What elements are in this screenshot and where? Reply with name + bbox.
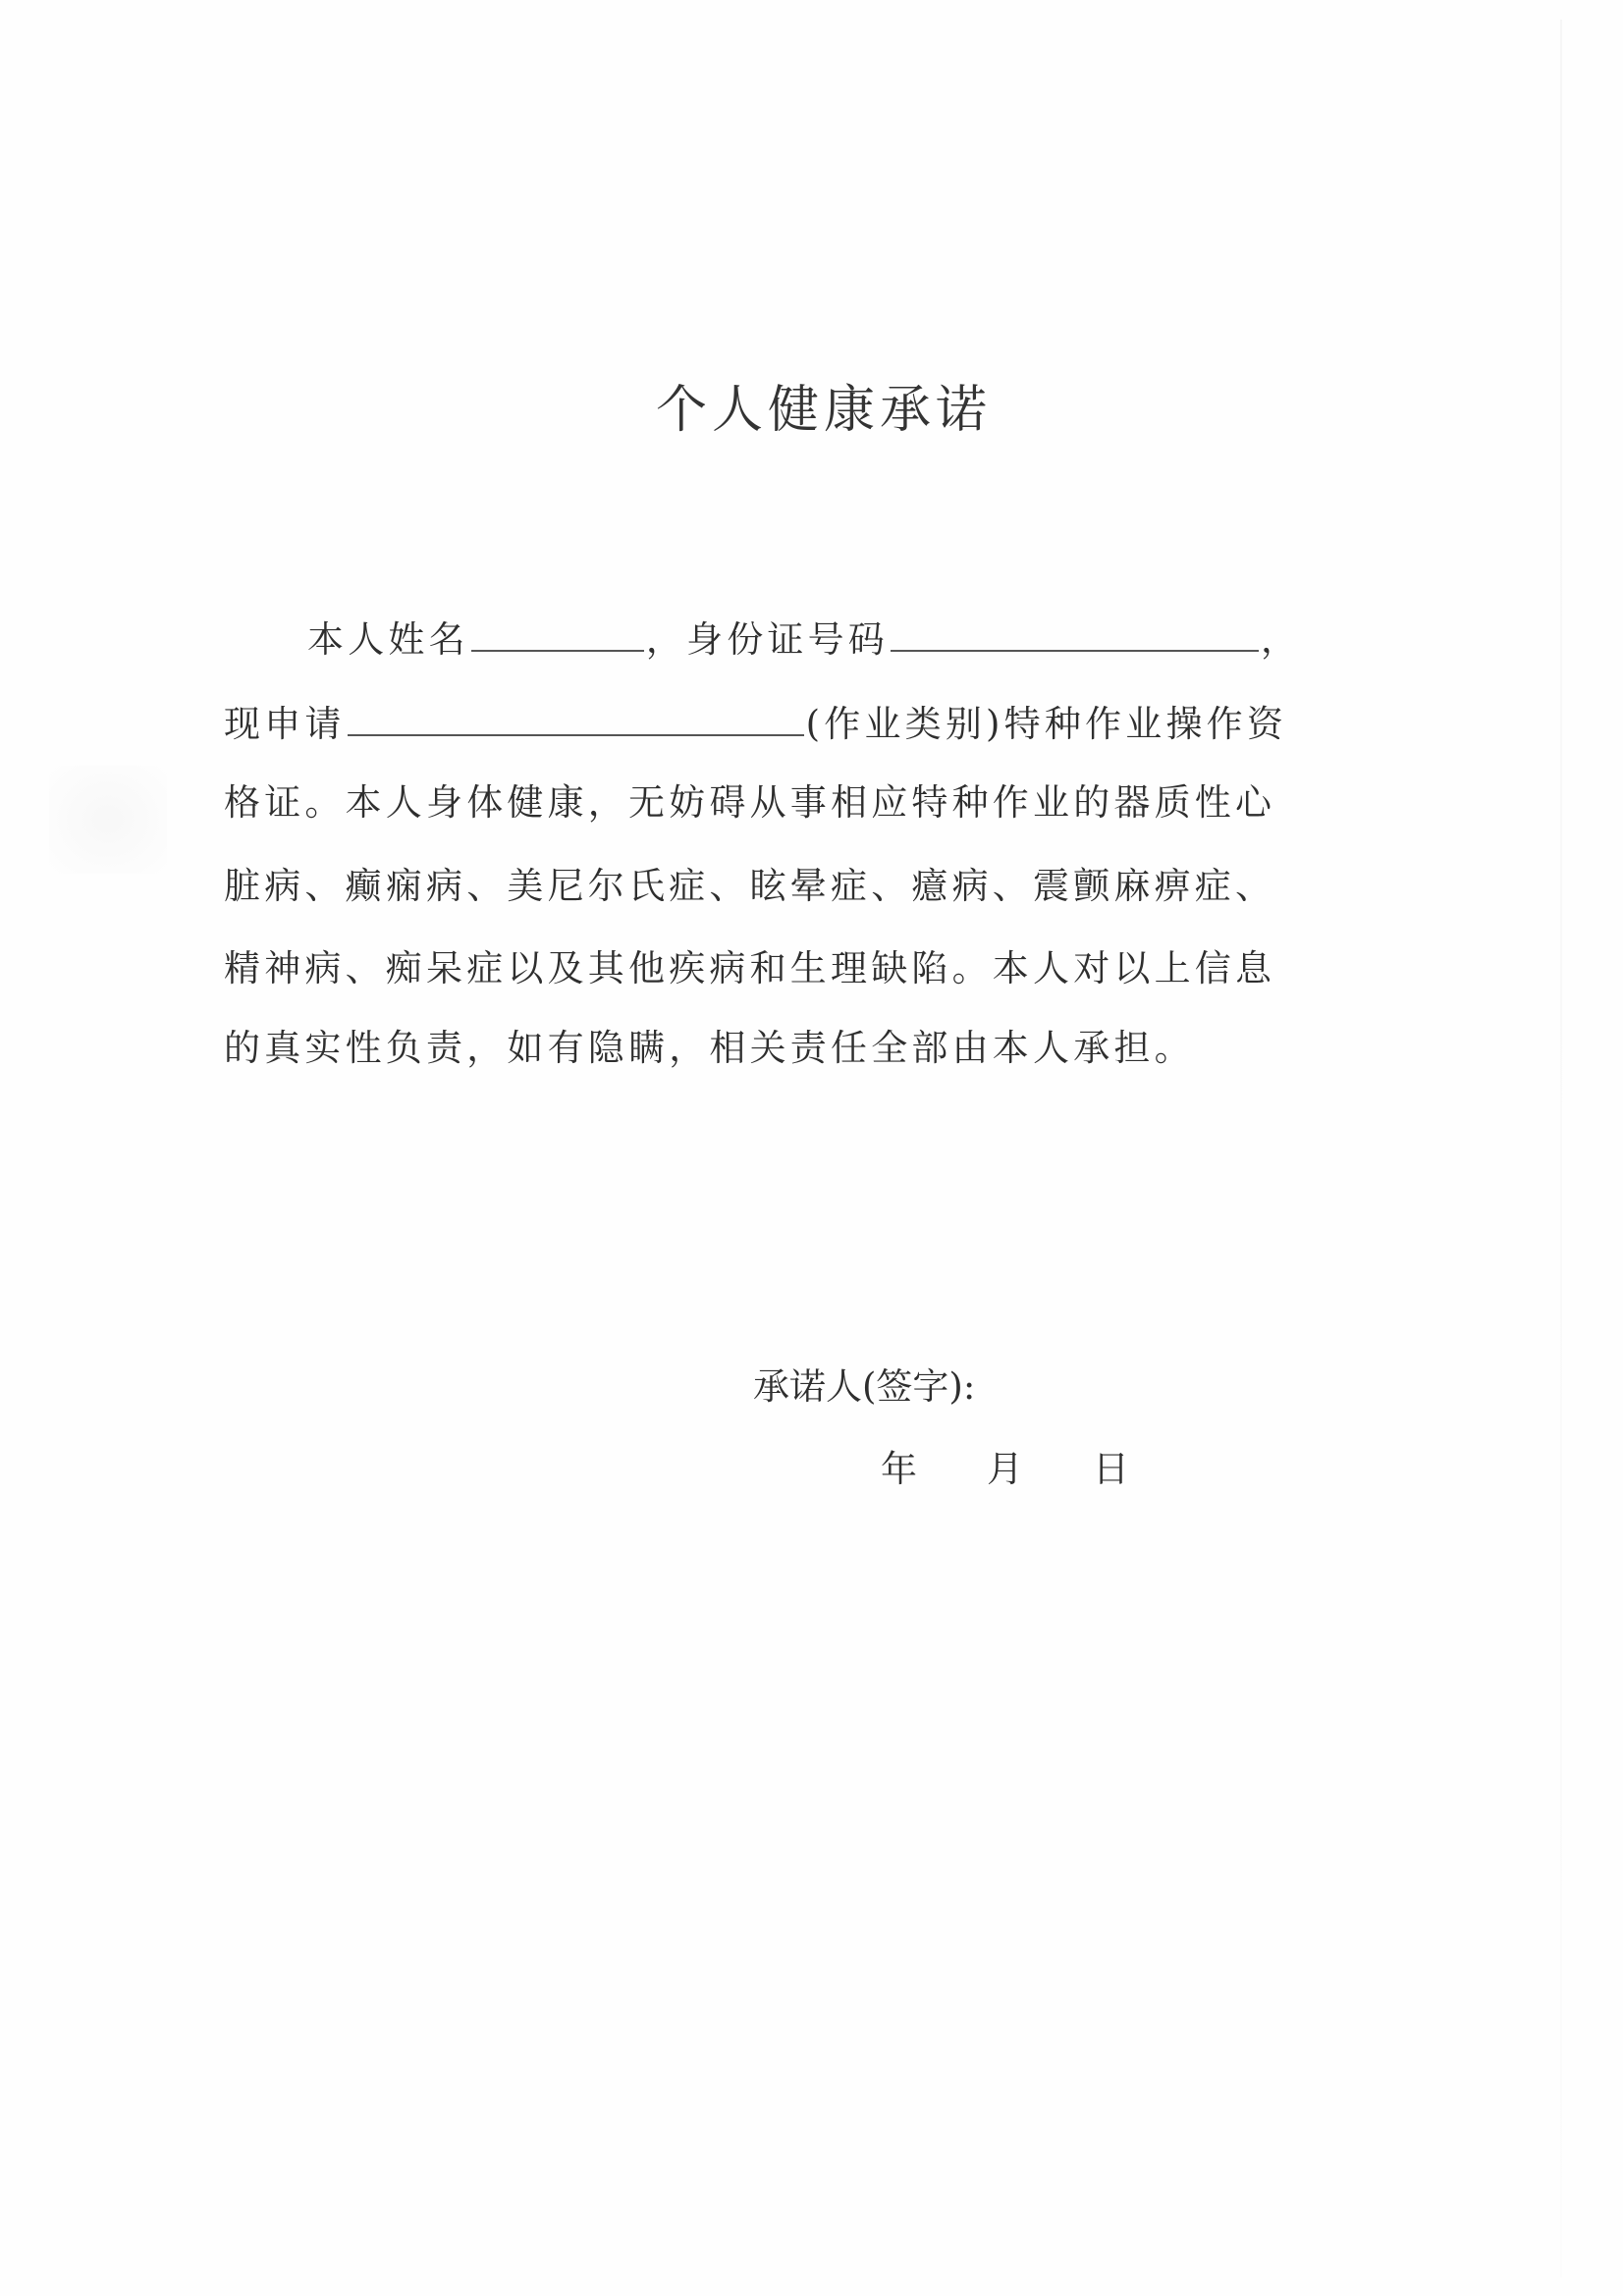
name-blank-field[interactable]	[471, 620, 644, 652]
scan-edge-artifact	[1560, 20, 1562, 2277]
date-year-label: 年	[881, 1446, 917, 1493]
document-page: 个人健康承诺 本人姓名，身份证号码， 现申请(作业类别)特种作业操作资 格证。本…	[0, 0, 1623, 2296]
document-title: 个人健康承诺	[656, 379, 1009, 442]
scan-smudge-artifact	[49, 766, 167, 874]
paragraph-line-6: 的真实性负责，如有隐瞒，相关责任全部由本人承担。	[224, 1025, 1195, 1072]
job-type-suffix: (作业类别)特种作业操作资	[806, 703, 1287, 745]
signature-label: 承诺人(签字):	[753, 1363, 975, 1411]
job-type-blank-field[interactable]	[348, 705, 804, 736]
date-day-label: 日	[1093, 1446, 1129, 1493]
name-label: 本人姓名	[307, 618, 469, 661]
paragraph-line-2: 现申请(作业类别)特种作业操作资	[224, 701, 1287, 748]
id-number-label: ，身份证号码	[646, 618, 889, 661]
apply-label: 现申请	[224, 703, 346, 745]
paragraph-line-3: 格证。本人身体健康，无妨碍从事相应特种作业的器质性心	[224, 779, 1275, 827]
id-number-blank-field[interactable]	[891, 620, 1259, 652]
paragraph-line-1: 本人姓名，身份证号码，	[307, 616, 1301, 664]
line1-comma: ，	[1261, 618, 1301, 661]
paragraph-line-5: 精神病、痴呆症以及其他疾病和生理缺陷。本人对以上信息	[224, 945, 1275, 992]
paragraph-line-4: 脏病、癫痫病、美尼尔氏症、眩晕症、癔病、震颤麻痹症、	[224, 863, 1275, 910]
date-month-label: 月	[987, 1446, 1023, 1493]
